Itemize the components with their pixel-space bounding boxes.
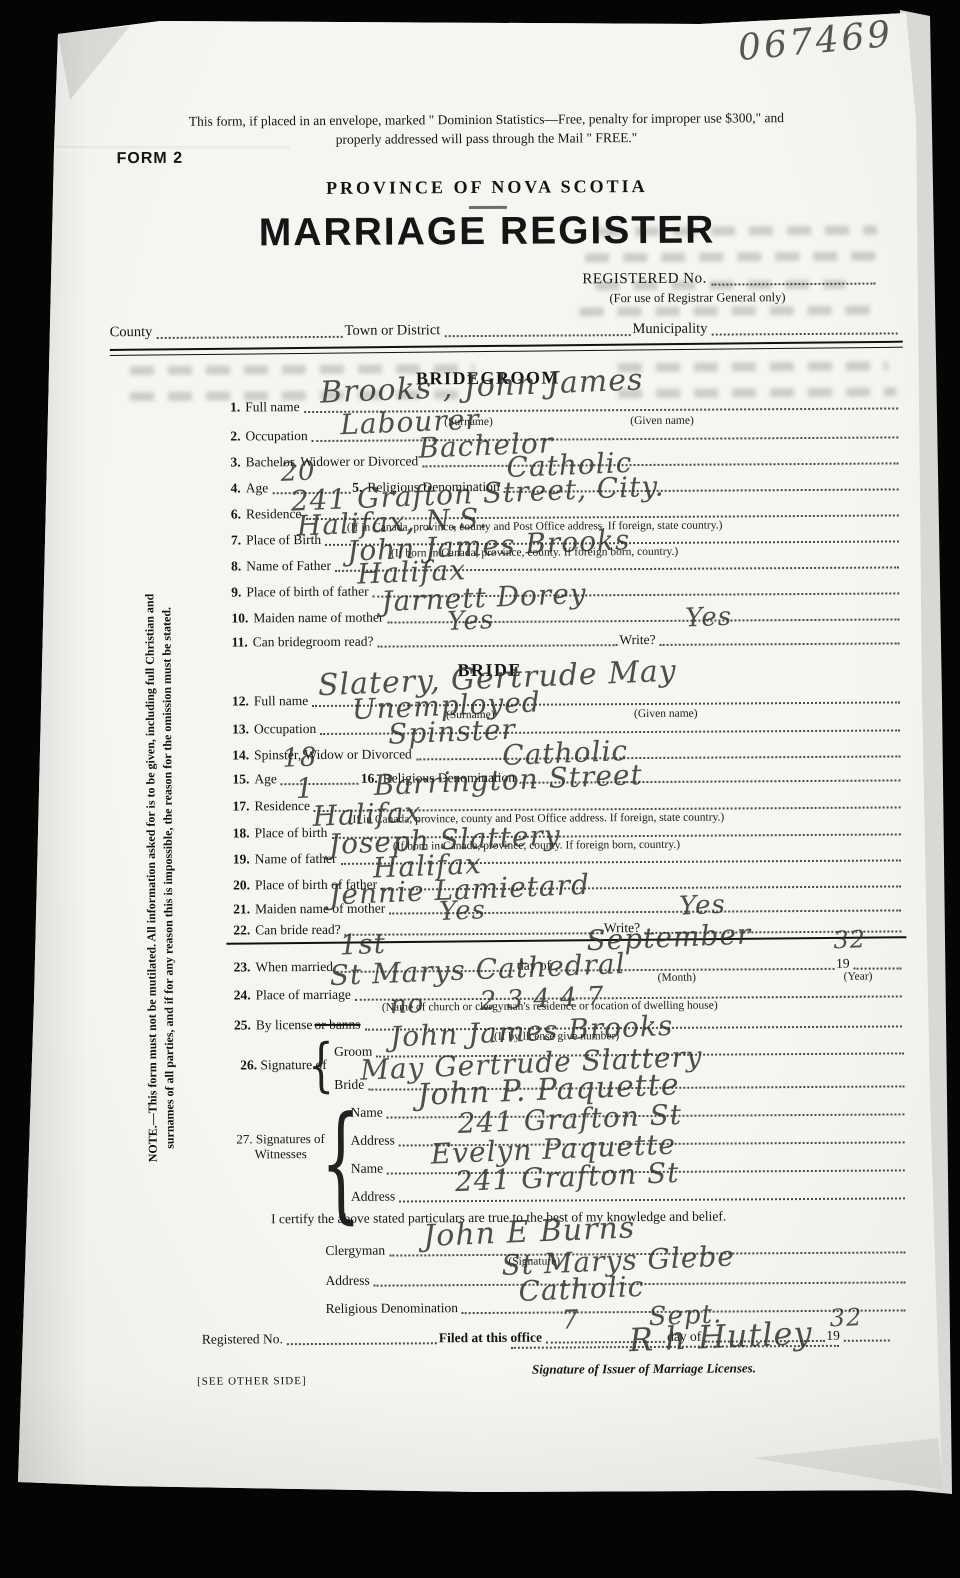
field-number: 1. — [230, 399, 245, 415]
mailing-notice-line2: properly addressed will pass through the… — [136, 129, 836, 149]
year-note: (Year) — [844, 971, 873, 983]
address-label: Address — [325, 1273, 371, 1289]
registrar-general-note: (For use of Registrar General only) — [609, 290, 785, 306]
field-number: 18. — [233, 825, 255, 841]
hw-filed-day: 7 — [561, 1307, 580, 1334]
witness-address-label: Address — [351, 1189, 397, 1205]
field-number: 9. — [231, 584, 246, 600]
clergyman-label: Clergyman — [325, 1243, 387, 1259]
field-number: 10. — [231, 610, 253, 626]
registered-no-row: REGISTERED No. — [582, 270, 877, 289]
field-number: 3. — [230, 454, 245, 470]
hw-bride-age: 18 — [282, 744, 318, 771]
document-title: MARRIAGE REGISTER — [127, 208, 847, 256]
field-label: Name of Father — [246, 558, 333, 574]
dotted-leader — [422, 461, 898, 467]
month-note: (Month) — [658, 972, 696, 984]
witness-name-label: Name — [350, 1105, 384, 1121]
field-label: Occupation — [245, 428, 309, 444]
witnesses-label: 27. Signatures of Witnesses — [231, 1131, 331, 1162]
field-number: 15. — [232, 771, 254, 787]
margin-note: NOTE.—This form must not be mutilated. A… — [141, 552, 181, 1204]
hw-bride-status: Spinster — [388, 716, 517, 749]
field-label: Name of father — [255, 851, 339, 867]
dotted-leader — [854, 966, 902, 969]
field-label: Occupation — [254, 721, 318, 737]
hw-bride-can-read: Yes — [439, 897, 487, 925]
mailing-notice-line1: This form, if placed in an envelope, mar… — [136, 110, 836, 130]
dotted-leader — [156, 335, 342, 339]
field-label: When married — [255, 959, 335, 975]
hw-bride-can-write: Yes — [679, 892, 727, 920]
bleed-through-text — [580, 306, 875, 317]
county-label: County — [110, 324, 155, 341]
decorative-rule — [469, 206, 507, 209]
field-number: 6. — [231, 506, 246, 522]
dotted-leader — [444, 333, 630, 337]
field-number: 26. — [240, 1057, 257, 1072]
dotted-leader — [287, 1341, 437, 1345]
field-label: By license — [256, 1017, 315, 1033]
field-label: Full name — [254, 693, 310, 709]
municipality-label: Municipality — [632, 321, 709, 338]
field-label: Can bridegroom read? — [253, 634, 376, 650]
province-heading: PROVINCE OF NOVA SCOTIA — [137, 175, 837, 200]
field-number: 13. — [232, 721, 254, 737]
filed-at-office-label: Filed at this office — [439, 1330, 544, 1346]
hw-filed-year: 32 — [829, 1305, 863, 1330]
town-district-label: Town or District — [345, 322, 443, 339]
row-groom-occupation: 2. Occupation — [230, 424, 900, 444]
registered-no-label: REGISTERED No. — [582, 271, 709, 289]
field-label: Can bride read? — [255, 922, 343, 938]
field-label: Write? — [619, 632, 657, 648]
field-number: 20. — [233, 877, 255, 893]
field-number: 2. — [230, 428, 245, 444]
field-label: Full name — [245, 399, 301, 415]
see-other-side-label: [SEE OTHER SIDE] — [197, 1375, 307, 1388]
bleed-through-text — [585, 252, 885, 263]
field-number: 17. — [233, 798, 255, 814]
field-number: 19. — [233, 851, 255, 867]
dotted-leader — [660, 641, 900, 645]
field-number: 14. — [232, 747, 254, 763]
section-divider-rule — [110, 341, 903, 356]
field-number: 7. — [231, 532, 246, 548]
dotted-leader — [416, 754, 900, 760]
denomination-label: Religious Denomination — [326, 1300, 460, 1316]
witnesses-label-line2: Witnesses — [231, 1146, 331, 1162]
field-number: 4. — [231, 480, 246, 496]
field-number: 12. — [232, 693, 254, 709]
field-number: 25. — [234, 1017, 256, 1033]
dotted-leader — [711, 331, 897, 335]
handwritten-pencil-number: 067469 — [737, 17, 895, 67]
witness-address-label: Address — [351, 1133, 397, 1149]
row-bride-occupation: 13. Occupation — [232, 717, 902, 737]
row-groom-literacy: 11. Can bridegroom read? Write? — [232, 630, 902, 650]
hw-wedding-day: 1st — [339, 930, 387, 960]
field-label: Age — [254, 771, 279, 787]
hw-wedding-year: 32 — [833, 927, 867, 952]
issuer-signature-label: Signature of Issuer of Marriage Licenses… — [532, 1360, 756, 1377]
form-content: 067469 This form, if placed in an envelo… — [0, 0, 960, 1578]
field-label: Bachelor, Widower or Divorced — [246, 453, 421, 470]
witness-name-label: Name — [351, 1161, 385, 1177]
field-label: Maiden name of mother — [253, 610, 385, 626]
field-number: 8. — [231, 558, 246, 574]
dotted-leader — [377, 643, 617, 647]
field-label: Place of birth of father — [246, 584, 370, 600]
field-label: Age — [246, 480, 271, 496]
county-row: County Town or District Municipality — [110, 319, 900, 340]
year-prefix: 19 — [836, 956, 852, 972]
field-number: 22. — [233, 922, 255, 938]
hw-groom-age: 20 — [280, 458, 316, 485]
dotted-leader — [711, 282, 876, 286]
field-number: 24. — [234, 987, 256, 1003]
hw-clergyman-denomination: Catholic — [518, 1273, 645, 1306]
field-number: 11. — [232, 634, 253, 650]
hw-groom-can-read: Yes — [447, 607, 495, 635]
field-number: 21. — [233, 901, 255, 917]
dotted-leader — [844, 1338, 890, 1341]
registered-no-label: Registered No. — [202, 1331, 285, 1347]
section-divider-rule — [226, 936, 906, 945]
witnesses-label-line1: 27. Signatures of — [231, 1131, 331, 1147]
field-number: 23. — [234, 959, 256, 975]
hw-groom-can-write: Yes — [685, 604, 733, 632]
scanned-marriage-register: 067469 This form, if placed in an envelo… — [0, 0, 960, 1578]
margin-note-line2: surnames of all parties, and if for any … — [158, 552, 179, 1204]
hw-issuer-signature: R h Hutley — [628, 1317, 813, 1357]
form-number-label: FORM 2 — [117, 150, 184, 168]
row-bride-literacy: 22. Can bride read? Write? — [233, 918, 903, 938]
